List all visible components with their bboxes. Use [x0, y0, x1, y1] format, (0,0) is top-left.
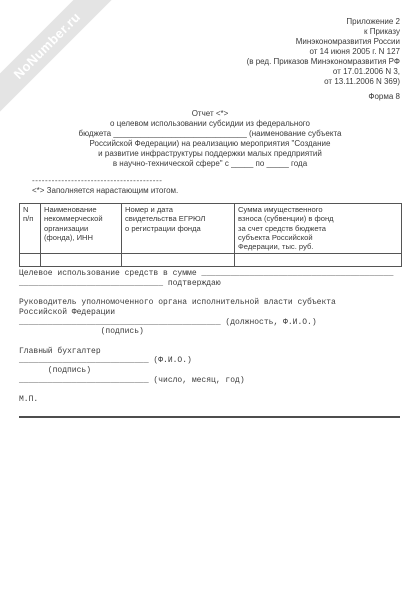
table-cell-number	[20, 254, 41, 267]
table-cell-organization	[41, 254, 122, 267]
table-row	[20, 254, 402, 267]
table-header-cell-amount: Сумма имущественного взноса (субвенции) …	[235, 204, 402, 254]
title-line: в научно-технической сфере" с _____ по _…	[19, 159, 401, 169]
table-cell-certificate	[122, 254, 235, 267]
header-line: Приложение 2	[247, 17, 400, 27]
footnote: ----------------------------------------…	[32, 176, 178, 195]
title-line: Российской Федерации) на реализацию меро…	[19, 139, 401, 149]
header-line: от 13.11.2006 N 369)	[247, 77, 400, 87]
header-line: (в ред. Приказов Минэкономразвития РФ	[247, 57, 400, 67]
signature-block: Целевое использование средств в сумме __…	[19, 269, 409, 405]
bottom-divider	[19, 416, 400, 418]
title-line: бюджета ______________________________ (…	[19, 129, 401, 139]
header-line: к Приказу	[247, 27, 400, 37]
watermark-text: NoNumber.ru	[11, 9, 84, 82]
title-line: о целевом использовании субсидии из феде…	[19, 119, 401, 129]
header-line: Минэкономразвития России	[247, 37, 400, 47]
footnote-text: <*> Заполняется нарастающим итогом.	[32, 186, 178, 196]
title-line: Отчет <*>	[19, 109, 401, 119]
watermark-ribbon: NoNumber.ru	[0, 0, 124, 122]
table-header-cell-certificate: Номер и дата свидетельства ЕГРЮЛ о регис…	[122, 204, 235, 254]
header-line: от 14 июня 2005 г. N 127	[247, 47, 400, 57]
form-number-label: Форма 8	[368, 92, 400, 101]
table-cell-amount	[235, 254, 402, 267]
header-line: от 17.01.2006 N 3,	[247, 67, 400, 77]
table-header-cell-organization: Наименование некоммерческой организации …	[41, 204, 122, 254]
report-table: N п/п Наименование некоммерческой органи…	[19, 203, 402, 267]
report-title: Отчет <*> о целевом использовании субсид…	[19, 109, 401, 169]
title-line: и развитие инфраструктуры поддержки малы…	[19, 149, 401, 159]
document-page: NoNumber.ru Приложение 2 к Приказу Минэк…	[0, 0, 420, 600]
table-header-cell-number: N п/п	[20, 204, 41, 254]
footnote-separator: ----------------------------------------	[32, 176, 178, 186]
document-header: Приложение 2 к Приказу Минэкономразвития…	[247, 17, 400, 87]
table-header-row: N п/п Наименование некоммерческой органи…	[20, 204, 402, 254]
